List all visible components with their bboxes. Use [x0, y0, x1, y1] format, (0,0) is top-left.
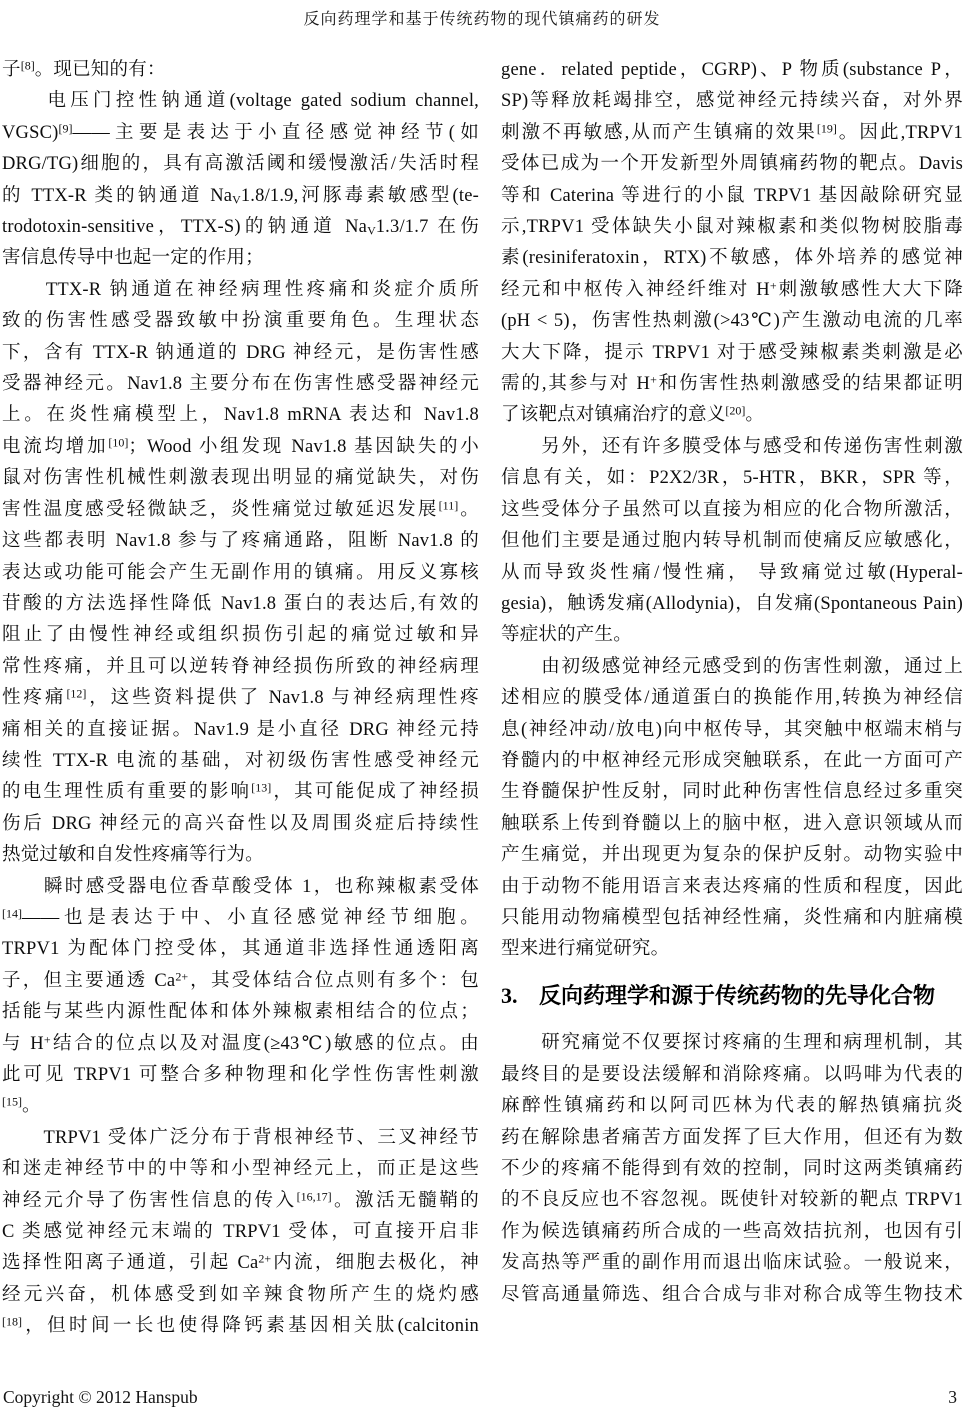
text-line: 常性疼痛，并且可以逆转脊神经损伤所致的神经病理	[2, 652, 479, 683]
section-number: 3.	[501, 979, 539, 1013]
text-line: DRG/TG)细胞的，具有高激活阈和缓慢激活/失活时程	[2, 149, 479, 180]
text-line: 信息有关，如：P2X2/3R，5-HTR，BKR，SPR 等，	[501, 463, 963, 494]
page-title: 反向药理学和基于传统药物的现代镇痛药的研发	[0, 6, 964, 29]
text-line: 等和 Caterina 等进行的小鼠 TRPV1 基因敲除研究显	[501, 181, 963, 212]
superscript: [10]	[108, 435, 128, 449]
text-line: 害性温度感受轻微缺乏，炎性痛觉过敏延迟发展[11]。	[2, 495, 479, 526]
text-line: 述相应的膜受体/通道蛋白的换能作用,转换为神经信	[501, 683, 963, 714]
text-line: 的不良反应也不容忽视。既使针对较新的靶点 TRPV1	[501, 1185, 963, 1216]
text-line: 电压门控性钠通道(voltage gated sodium channel,	[2, 86, 479, 117]
text-line: 热觉过敏和自发性疼痛等行为。	[2, 840, 479, 871]
text-line: 续性 TTX-R 电流的基础，对初级伤害性感受神经元	[2, 746, 479, 777]
text-line: 由初级感觉神经元感受到的伤害性刺激，通过上	[501, 652, 963, 683]
text-line: 的 TTX-R 类的钠通道 NaV1.8/1.9,河豚毒素敏感型(te-	[2, 181, 479, 212]
text-line: trodotoxin-sensitive，TTX-S)的钠通道 NaV1.3/1…	[2, 212, 479, 243]
text-line: 这些都表明 Nav1.8 参与了疼痛通路，阻断 Nav1.8 的	[2, 526, 479, 557]
text-line: 痛相关的直接证据。Nav1.9 是小直径 DRG 神经元持	[2, 715, 479, 746]
superscript: [15]	[2, 1095, 22, 1109]
text-line: [18]，但时间一长也使得降钙素基因相关肽(calcitonin	[2, 1311, 479, 1342]
text-line: C 类感觉神经元末端的 TRPV1 受体，可直接开启非	[2, 1217, 479, 1248]
text-line: 另外，还有许多膜受体与感受和传递伤害性刺激	[501, 432, 963, 463]
left-column: 子[8]。现已知的有： 电压门控性钠通道(voltage gated sodiu…	[2, 55, 479, 1343]
superscript: [16,17]	[297, 1189, 332, 1203]
text-line: 经元和中枢传入神经纤维对 H+刺激敏感性大大下降	[501, 275, 963, 306]
text-line: 选择性阳离子通道，引起 Ca2+内流，细胞去极化，神	[2, 1248, 479, 1279]
text-line: 子，但主要通透 Ca2+，其受体结合位点则有多个：包	[2, 966, 479, 997]
text-line: 麻醉性镇痛药和以阿司匹林为代表的解热镇痛抗炎	[501, 1091, 963, 1122]
superscript: [8]	[21, 59, 35, 73]
superscript: +	[650, 373, 657, 387]
subscript: V	[232, 192, 241, 206]
text-line: 苷酸的方法选择性降低 Nav1.8 蛋白的表达后,有效的	[2, 589, 479, 620]
text-line: (pH < 5)，伤害性热刺激(>43℃)产生激动电流的几率	[501, 306, 963, 337]
text-line: 型来进行痛觉研究。	[501, 934, 963, 965]
text-line: 电流均增加[10]；Wood 小组发现 Nav1.8 基因缺失的小	[2, 432, 479, 463]
text-line: [15]。	[2, 1091, 479, 1122]
text-line: 神经元介导了伤害性信息的传入[16,17]。激活无髓鞘的	[2, 1186, 479, 1217]
text-line: 素(resiniferatoxin，RTX)不敏感，体外培养的感觉神	[501, 243, 963, 274]
text-line: 大大下降，提示 TRPV1 对于感受辣椒素类刺激是必	[501, 338, 963, 369]
text-line: 和迷走神经节中的中等和小型神经元上，而正是这些	[2, 1154, 479, 1185]
superscript: 2+	[258, 1252, 271, 1266]
text-line: 的电生理性质有重要的影响[13]，其可能促成了神经损	[2, 777, 479, 808]
text-line: 鼠对伤害性机械性刺激表现出明显的痛觉缺失，对伤	[2, 463, 479, 494]
text-line: 不少的疼痛不能得到有效的控制，同时这两类镇痛药	[501, 1154, 963, 1185]
page-number: 3	[948, 1387, 957, 1408]
text-line: 只能用动物痛模型包括神经性痛，炎性痛和内脏痛模	[501, 903, 963, 934]
text-line: 子[8]。现已知的有：	[2, 55, 479, 86]
text-line: 触联系上传到脊髓以上的脑中枢，进入意识领域从而	[501, 809, 963, 840]
superscript: [20]	[725, 404, 745, 418]
text-line: 产生痛觉，并出现更为复杂的保护反射。动物实验中	[501, 840, 963, 871]
text-line: 阻止了由慢性神经或组织损伤引起的痛觉过敏和异	[2, 620, 479, 651]
superscript: +	[770, 278, 777, 292]
text-line: 伤后 DRG 神经元的高兴奋性以及周围炎症后持续性	[2, 809, 479, 840]
text-line: 作为候选镇痛药所合成的一些高效拮抗剂，也因有引	[501, 1217, 963, 1248]
text-line: 这些受体分子虽然可以直接为相应的化合物所激活，	[501, 495, 963, 526]
text-line: 瞬时感受器电位香草酸受体 1，也称辣椒素受体	[2, 872, 479, 903]
text-line: 最终目的是要设法缓解和消除疼痛。以吗啡为代表的	[501, 1060, 963, 1091]
superscript: 2+	[175, 969, 188, 983]
text-line: 与 H+结合的位点以及对温度(≥43℃)敏感的位点。由	[2, 1029, 479, 1060]
text-line: 致的伤害性感受器致敏中扮演重要角色。生理状态	[2, 306, 479, 337]
text-line: 表达或功能可能会产生无副作用的镇痛。用反义寡核	[2, 558, 479, 589]
text-line: 刺激不再敏感,从而产生镇痛的效果[19]。因此,TRPV1	[501, 118, 963, 149]
text-line: gene．related peptide，CGRP)、P 物质(substanc…	[501, 55, 963, 86]
text-line: 生脊髓保护性反射，同时此种伤害性信息经过多重突	[501, 777, 963, 808]
text-line: gesia)，触诱发痛(Allodynia)，自发痛(Spontaneous P…	[501, 589, 963, 620]
text-line: 脊髓内的中枢神经元形成突触联系，在此一方面可产	[501, 746, 963, 777]
footer-copyright: Copyright © 2012 Hanspub	[3, 1387, 198, 1408]
text-line: 但他们主要是通过胞内转导机制而使痛反应敏感化，	[501, 526, 963, 557]
text-line: 息(神经冲动/放电)向中枢传导，其突触中枢端末梢与	[501, 715, 963, 746]
superscript: [18]	[2, 1315, 22, 1329]
text-line: 性疼痛[12]，这些资料提供了 Nav1.8 与神经病理性疼	[2, 683, 479, 714]
text-line: 经元兴奋，机体感受到如辛辣食物所产生的烧灼感	[2, 1280, 479, 1311]
superscript: [19]	[817, 121, 837, 135]
section-title: 反向药理学和源于传统药物的先导化合物	[539, 979, 935, 1013]
superscript: [9]	[59, 121, 73, 135]
text-line: TTX-R 钠通道在神经病理性疼痛和炎症介质所	[2, 275, 479, 306]
right-column: gene．related peptide，CGRP)、P 物质(substanc…	[501, 55, 963, 1343]
text-line: 下，含有 TTX-R 钠通道的 DRG 神经元，是伤害性感	[2, 338, 479, 369]
superscript: [13]	[251, 781, 271, 795]
text-line: 了该靶点对镇痛治疗的意义[20]。	[501, 400, 963, 431]
text-line: 等症状的产生。	[501, 620, 963, 651]
text-line: 示,TRPV1 受体缺失小鼠对辣椒素和类似物树胶脂毒	[501, 212, 963, 243]
page: 反向药理学和基于传统药物的现代镇痛药的研发 子[8]。现已知的有： 电压门控性钠…	[0, 0, 964, 1414]
text-line: TRPV1 为配体门控受体，其通道非选择性通透阳离	[2, 934, 479, 965]
superscript: [12]	[66, 687, 86, 701]
superscript: [11]	[439, 498, 459, 512]
text-line: 括能与某些内源性配体和体外辣椒素相结合的位点；	[2, 997, 479, 1028]
text-line: 从而导致炎性痛/慢性痛， 导致痛觉过敏(Hyperal-	[501, 558, 963, 589]
text-line: 受体已成为一个开发新型外周镇痛药物的靶点。Davis	[501, 149, 963, 180]
text-line: SP)等释放耗竭排空，感觉神经元持续兴奋，对外界	[501, 86, 963, 117]
text-line: [14]——也是表达于中、小直径感觉神经节细胞。	[2, 903, 479, 934]
text-line: 研究痛觉不仅要探讨疼痛的生理和病理机制，其	[501, 1028, 963, 1059]
article-body: 子[8]。现已知的有： 电压门控性钠通道(voltage gated sodiu…	[2, 55, 963, 1343]
text-line: 药在解除患者痛苦方面发挥了巨大作用，但还有为数	[501, 1123, 963, 1154]
text-line: 发高热等严重的副作用而退出临床试验。一般说来，	[501, 1248, 963, 1279]
text-line: 尽管高通量筛选、组合合成与非对称合成等生物技术	[501, 1280, 963, 1311]
text-line: 由于动物不能用语言来表达疼痛的性质和程度，因此	[501, 872, 963, 903]
text-line: 需的,其参与对 H+和伤害性热刺激感受的结果都证明	[501, 369, 963, 400]
text-line: TRPV1 受体广泛分布于背根神经节、三叉神经节	[2, 1123, 479, 1154]
section-heading: 3.反向药理学和源于传统药物的先导化合物	[501, 979, 963, 1013]
text-line: 受器神经元。Nav1.8 主要分布在伤害性感受器神经元	[2, 369, 479, 400]
text-line: 此可见 TRPV1 可整合多种物理和化学性伤害性刺激	[2, 1060, 479, 1091]
text-line: 上。在炎性痛模型上，Nav1.8 mRNA 表达和 Nav1.8	[2, 400, 479, 431]
superscript: +	[44, 1032, 51, 1046]
text-line: 害信息传导中也起一定的作用；	[2, 243, 479, 274]
page-footer: Copyright © 2012 Hanspub 3	[3, 1387, 957, 1408]
superscript: [14]	[2, 906, 22, 920]
text-line: VGSC)[9]——主要是表达于小直径感觉神经节(如	[2, 118, 479, 149]
subscript: V	[367, 224, 376, 238]
